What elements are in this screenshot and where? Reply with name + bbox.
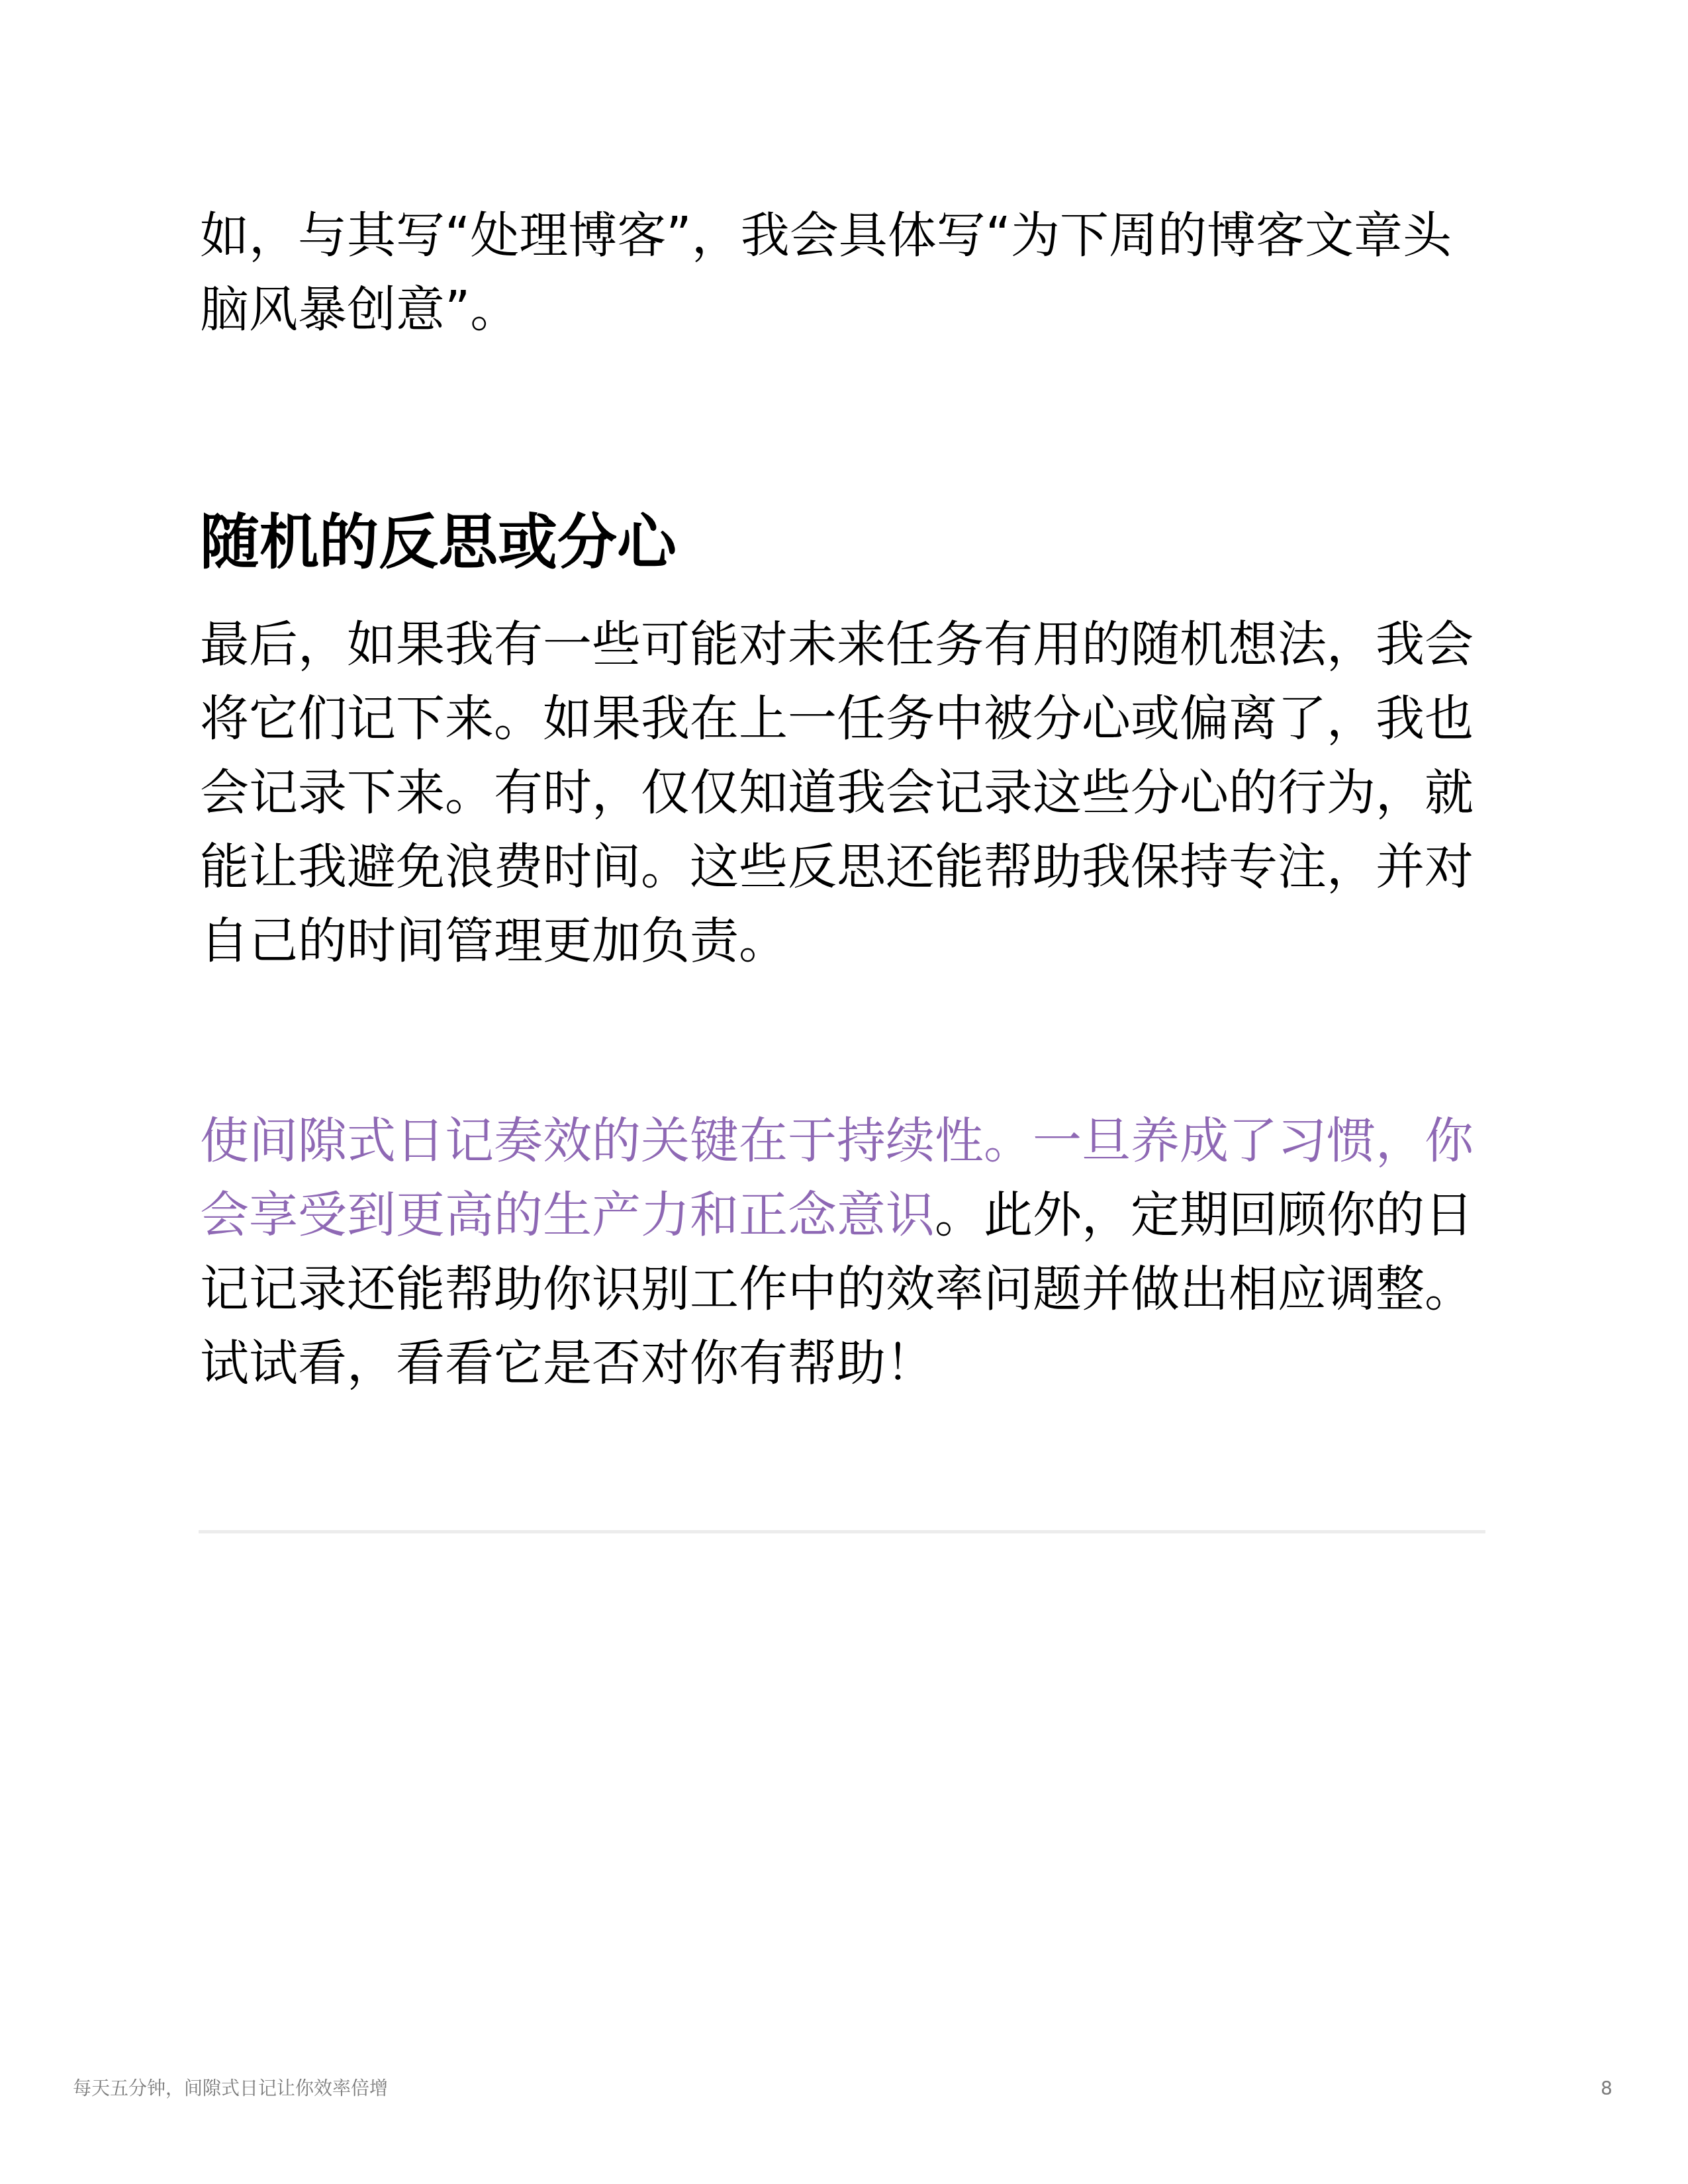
paragraph-conclusion: 使间隙式日记奏效的关键在于持续性。一旦养成了习惯，你 会享受到更高的生产力和正念… [200,1104,1488,1400]
section-heading: 随机的反思或分心 [200,503,1488,582]
paragraph-line: 能让我避免浪费时间。这些反思还能帮助我保持专注，并对 [200,830,1488,904]
paragraph-line: 如，与其写“处理博客”，我会具体写“为下周的博客文章头 [200,199,1488,273]
footer-document-title: 每天五分钟，间隙式日记让你效率倍增 [73,2075,388,2102]
body-text: 。此外，定期回顾你的日 [935,1187,1474,1244]
paragraph-reflections: 最后，如果我有一些可能对未来任务有用的随机想法，我会 将它们记下来。如果我在上一… [200,608,1488,978]
paragraph-line: 使间隙式日记奏效的关键在于持续性。一旦养成了习惯，你 [200,1104,1488,1178]
paragraph-line: 试试看，看看它是否对你有帮助！ [200,1326,1488,1400]
section-divider [199,1530,1485,1533]
highlighted-text: 使间隙式日记奏效的关键在于持续性。一旦养成了习惯，你 [200,1113,1474,1169]
paragraph-intro: 如，与其写“处理博客”，我会具体写“为下周的博客文章头 脑风暴创意”。 [200,199,1488,347]
footer-page-number: 8 [1601,2075,1613,2102]
paragraph-line: 会享受到更高的生产力和正念意识。此外，定期回顾你的日 [200,1178,1488,1252]
paragraph-line: 最后，如果我有一些可能对未来任务有用的随机想法，我会 [200,608,1488,682]
paragraph-line: 将它们记下来。如果我在上一任务中被分心或偏离了，我也 [200,682,1488,756]
paragraph-line: 脑风暴创意”。 [200,273,1488,347]
paragraph-line: 记记录还能帮助你识别工作中的效率问题并做出相应调整。 [200,1252,1488,1326]
paragraph-line: 会记录下来。有时，仅仅知道我会记录这些分心的行为，就 [200,756,1488,830]
document-page: 如，与其写“处理博客”，我会具体写“为下周的博客文章头 脑风暴创意”。 随机的反… [0,0,1688,2184]
highlighted-text: 会享受到更高的生产力和正念意识 [200,1187,935,1244]
paragraph-line: 自己的时间管理更加负责。 [200,904,1488,978]
